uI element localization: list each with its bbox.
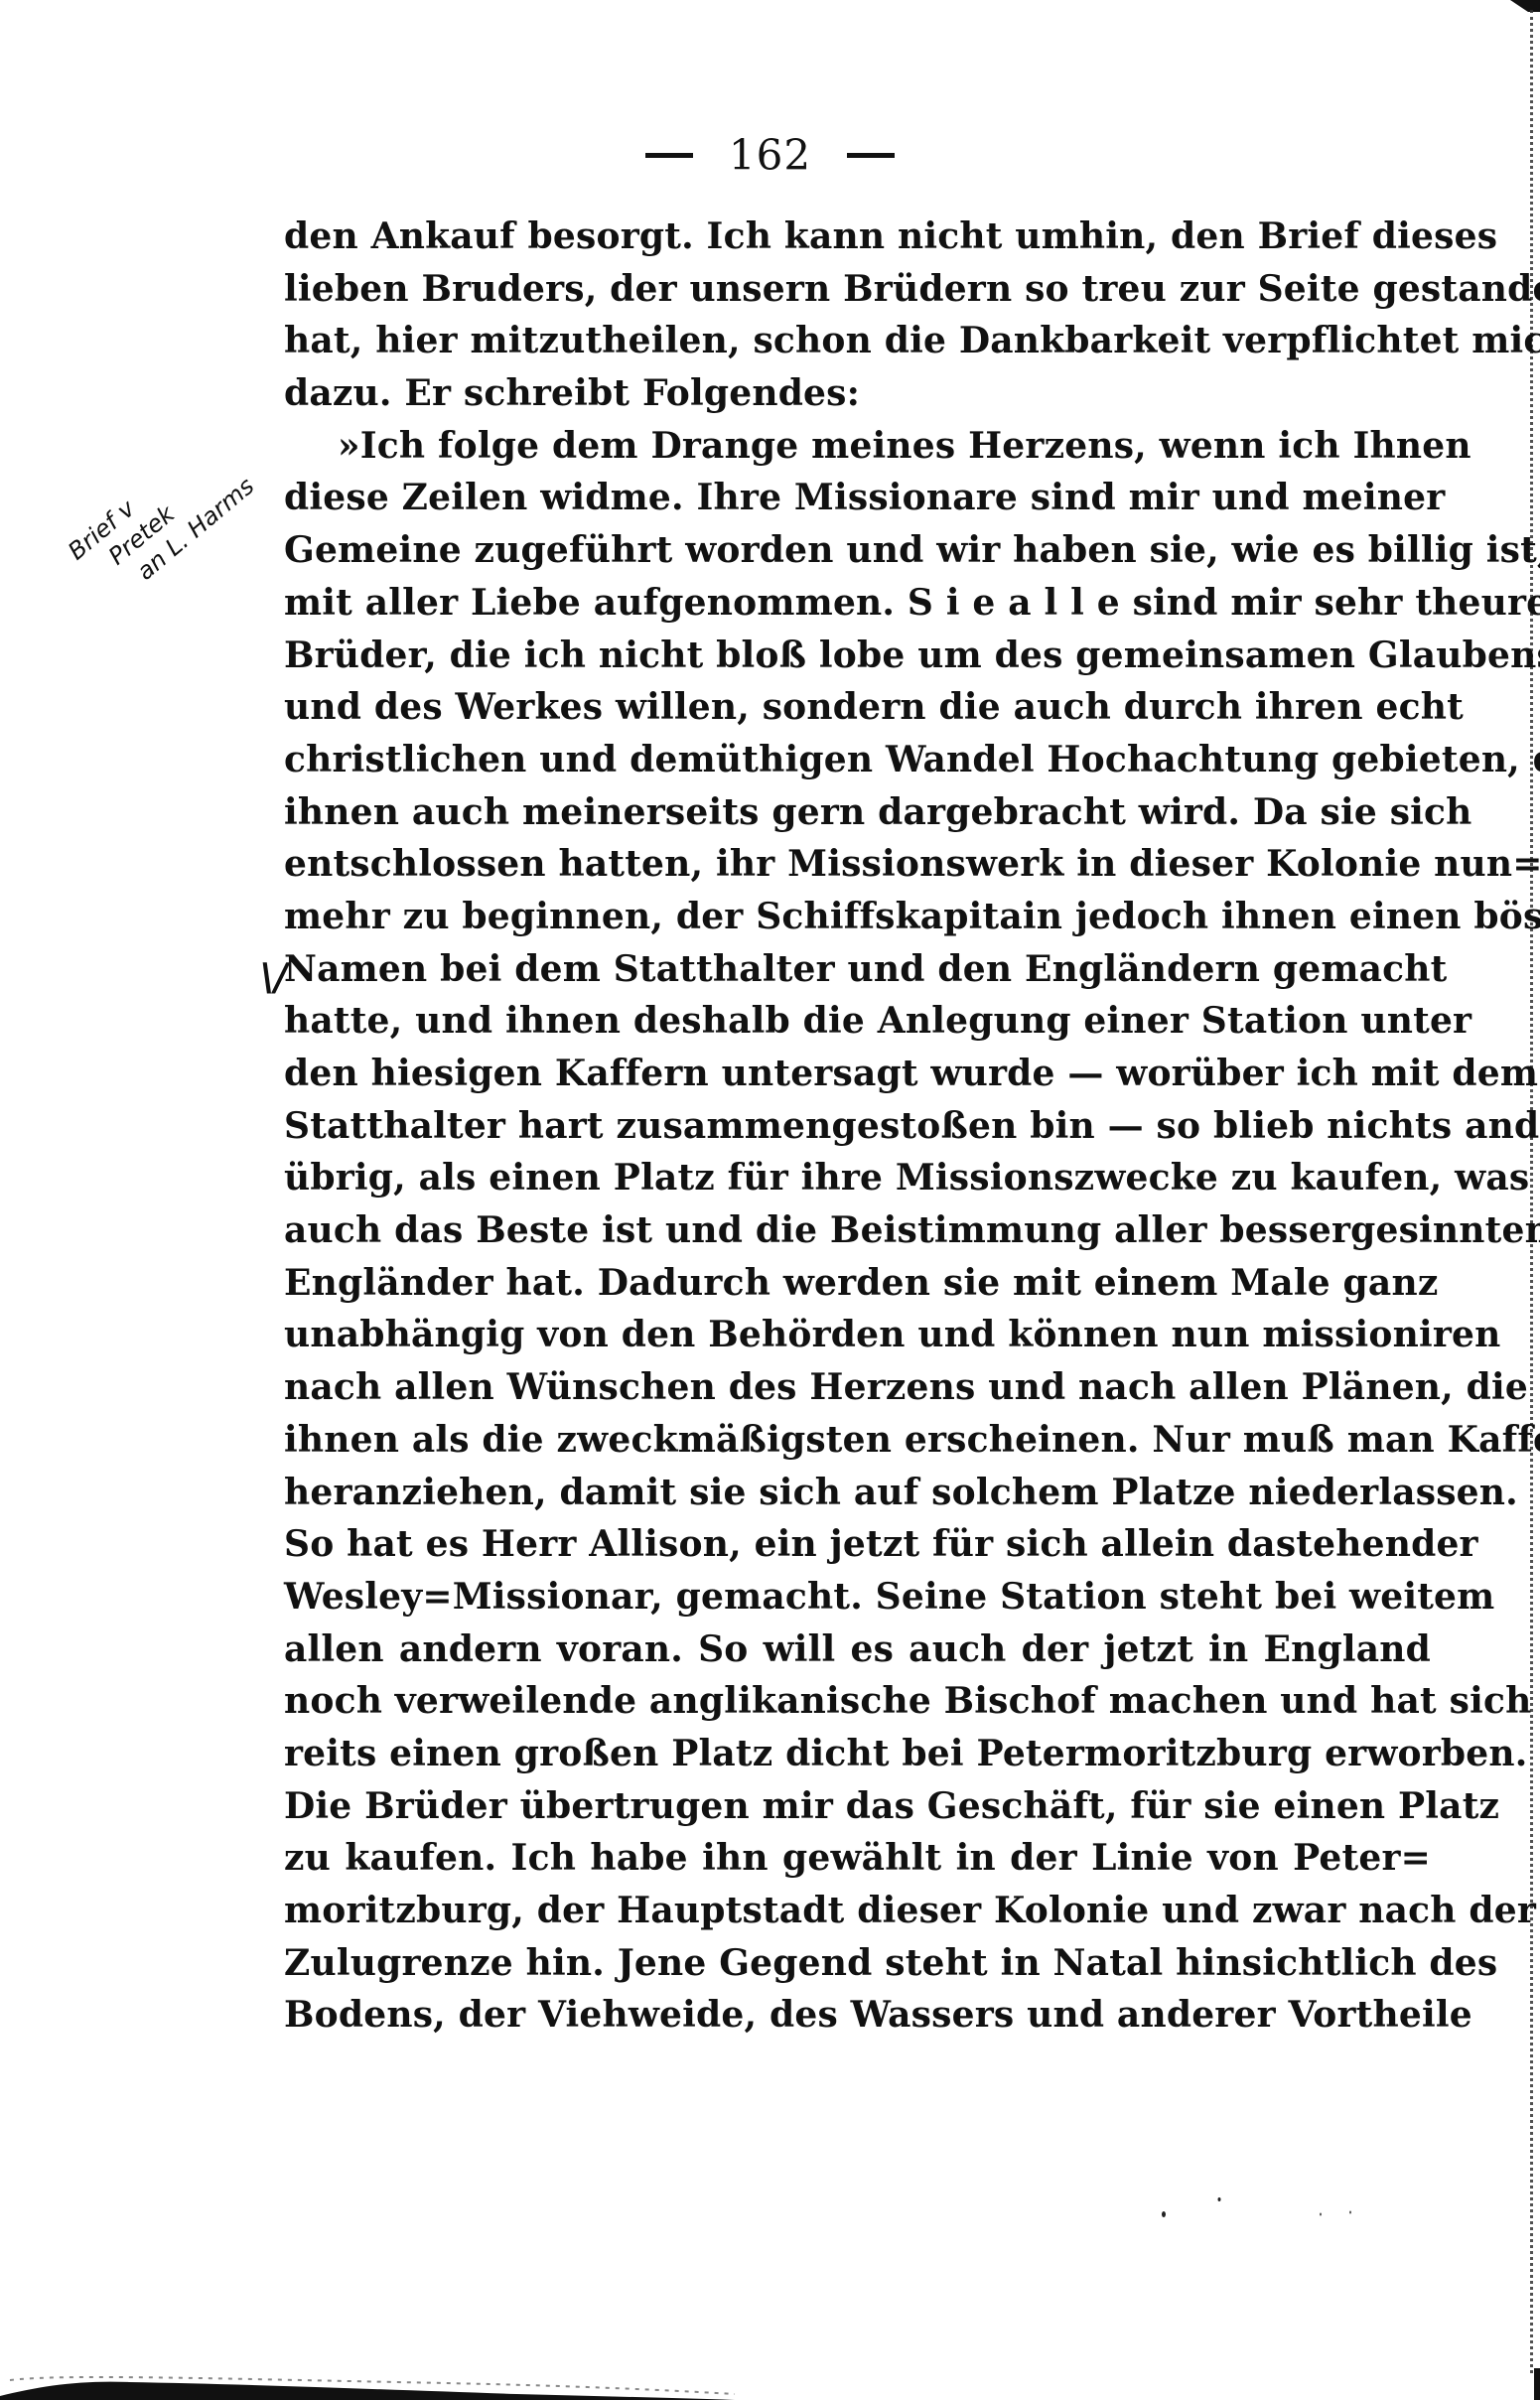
paper-specks xyxy=(1142,2189,1390,2229)
text-line: Statthalter hart zusammengestoßen bin — … xyxy=(284,1100,1431,1153)
text-line: heranziehen, damit sie sich auf solchem … xyxy=(284,1467,1431,1519)
text-line: Die Brüder übertrugen mir das Geschäft, … xyxy=(284,1780,1431,1833)
text-line: ihnen auch meinerseits gern dargebracht … xyxy=(284,786,1431,839)
text-line: zu kaufen. Ich habe ihn gewählt in der L… xyxy=(284,1832,1431,1885)
text-line: allen andern voran. So will es auch der … xyxy=(284,1624,1431,1676)
page-number-value: 162 xyxy=(729,131,811,180)
text-line: nach allen Wünschen des Herzens und nach… xyxy=(284,1361,1431,1414)
text-line: Zulugrenze hin. Jene Gegend steht in Nat… xyxy=(284,1937,1431,1990)
text-line: diese Zeilen widme. Ihre Missionare sind… xyxy=(284,472,1431,524)
text-line: Namen bei dem Statthalter und den Englän… xyxy=(284,943,1431,996)
text-line: unabhängig von den Behörden und können n… xyxy=(284,1309,1431,1361)
page-number-dash-right xyxy=(847,153,895,158)
page-number: 162 xyxy=(0,127,1540,180)
text-line: auch das Beste ist und die Beistimmung a… xyxy=(284,1204,1431,1257)
text-line: lieben Bruders, der unsern Brüdern so tr… xyxy=(284,263,1431,316)
text-line: ihnen als die zweckmäßigsten erscheinen.… xyxy=(284,1414,1431,1467)
text-line: und des Werkes willen, sondern die auch … xyxy=(284,681,1431,734)
text-line: mehr zu beginnen, der Schiffskapitain je… xyxy=(284,891,1431,943)
book-page: 162 Brief v Pretek an L. Harms \/ den An… xyxy=(0,0,1540,2400)
text-line: übrig, als einen Platz für ihre Missions… xyxy=(284,1152,1431,1204)
page-corner-shadow xyxy=(1510,0,1540,12)
page-right-edge xyxy=(1530,10,1533,2373)
text-line: Engländer hat. Dadurch werden sie mit ei… xyxy=(284,1257,1431,1310)
text-line: So hat es Herr Allison, ein jetzt für si… xyxy=(284,1518,1431,1571)
text-line: Brüder, die ich nicht bloß lobe um des g… xyxy=(284,630,1431,682)
page-bottom-edge xyxy=(0,2368,1540,2400)
text-line: Gemeine zugeführt worden und wir haben s… xyxy=(284,524,1431,577)
text-line: hatte, und ihnen deshalb die Anlegung ei… xyxy=(284,995,1431,1048)
text-line: Wesley=Missionar, gemacht. Seine Station… xyxy=(284,1571,1431,1624)
text-line: reits einen großen Platz dicht bei Peter… xyxy=(284,1728,1431,1780)
text-line: Bodens, der Viehweide, des Wassers und a… xyxy=(284,1989,1431,2042)
text-line: christlichen und demüthigen Wandel Hocha… xyxy=(284,734,1431,786)
text-line: mit aller Liebe aufgenommen. S i e a l l… xyxy=(284,577,1431,630)
text-line: dazu. Er schreibt Folgendes: xyxy=(284,367,1431,420)
text-line: »Ich folge dem Drange meines Herzens, we… xyxy=(284,420,1431,473)
text-line: noch verweilende anglikanische Bischof m… xyxy=(284,1675,1431,1728)
page-number-dash-left xyxy=(645,153,693,158)
text-line: hat, hier mitzutheilen, schon die Dankba… xyxy=(284,315,1431,367)
body-text: den Ankauf besorgt. Ich kann nicht umhin… xyxy=(284,211,1431,2042)
text-line: den hiesigen Kaffern untersagt wurde — w… xyxy=(284,1048,1431,1100)
text-line: moritzburg, der Hauptstadt dieser Koloni… xyxy=(284,1885,1431,1937)
text-line: den Ankauf besorgt. Ich kann nicht umhin… xyxy=(284,211,1431,263)
text-line: entschlossen hatten, ihr Missionswerk in… xyxy=(284,838,1431,891)
